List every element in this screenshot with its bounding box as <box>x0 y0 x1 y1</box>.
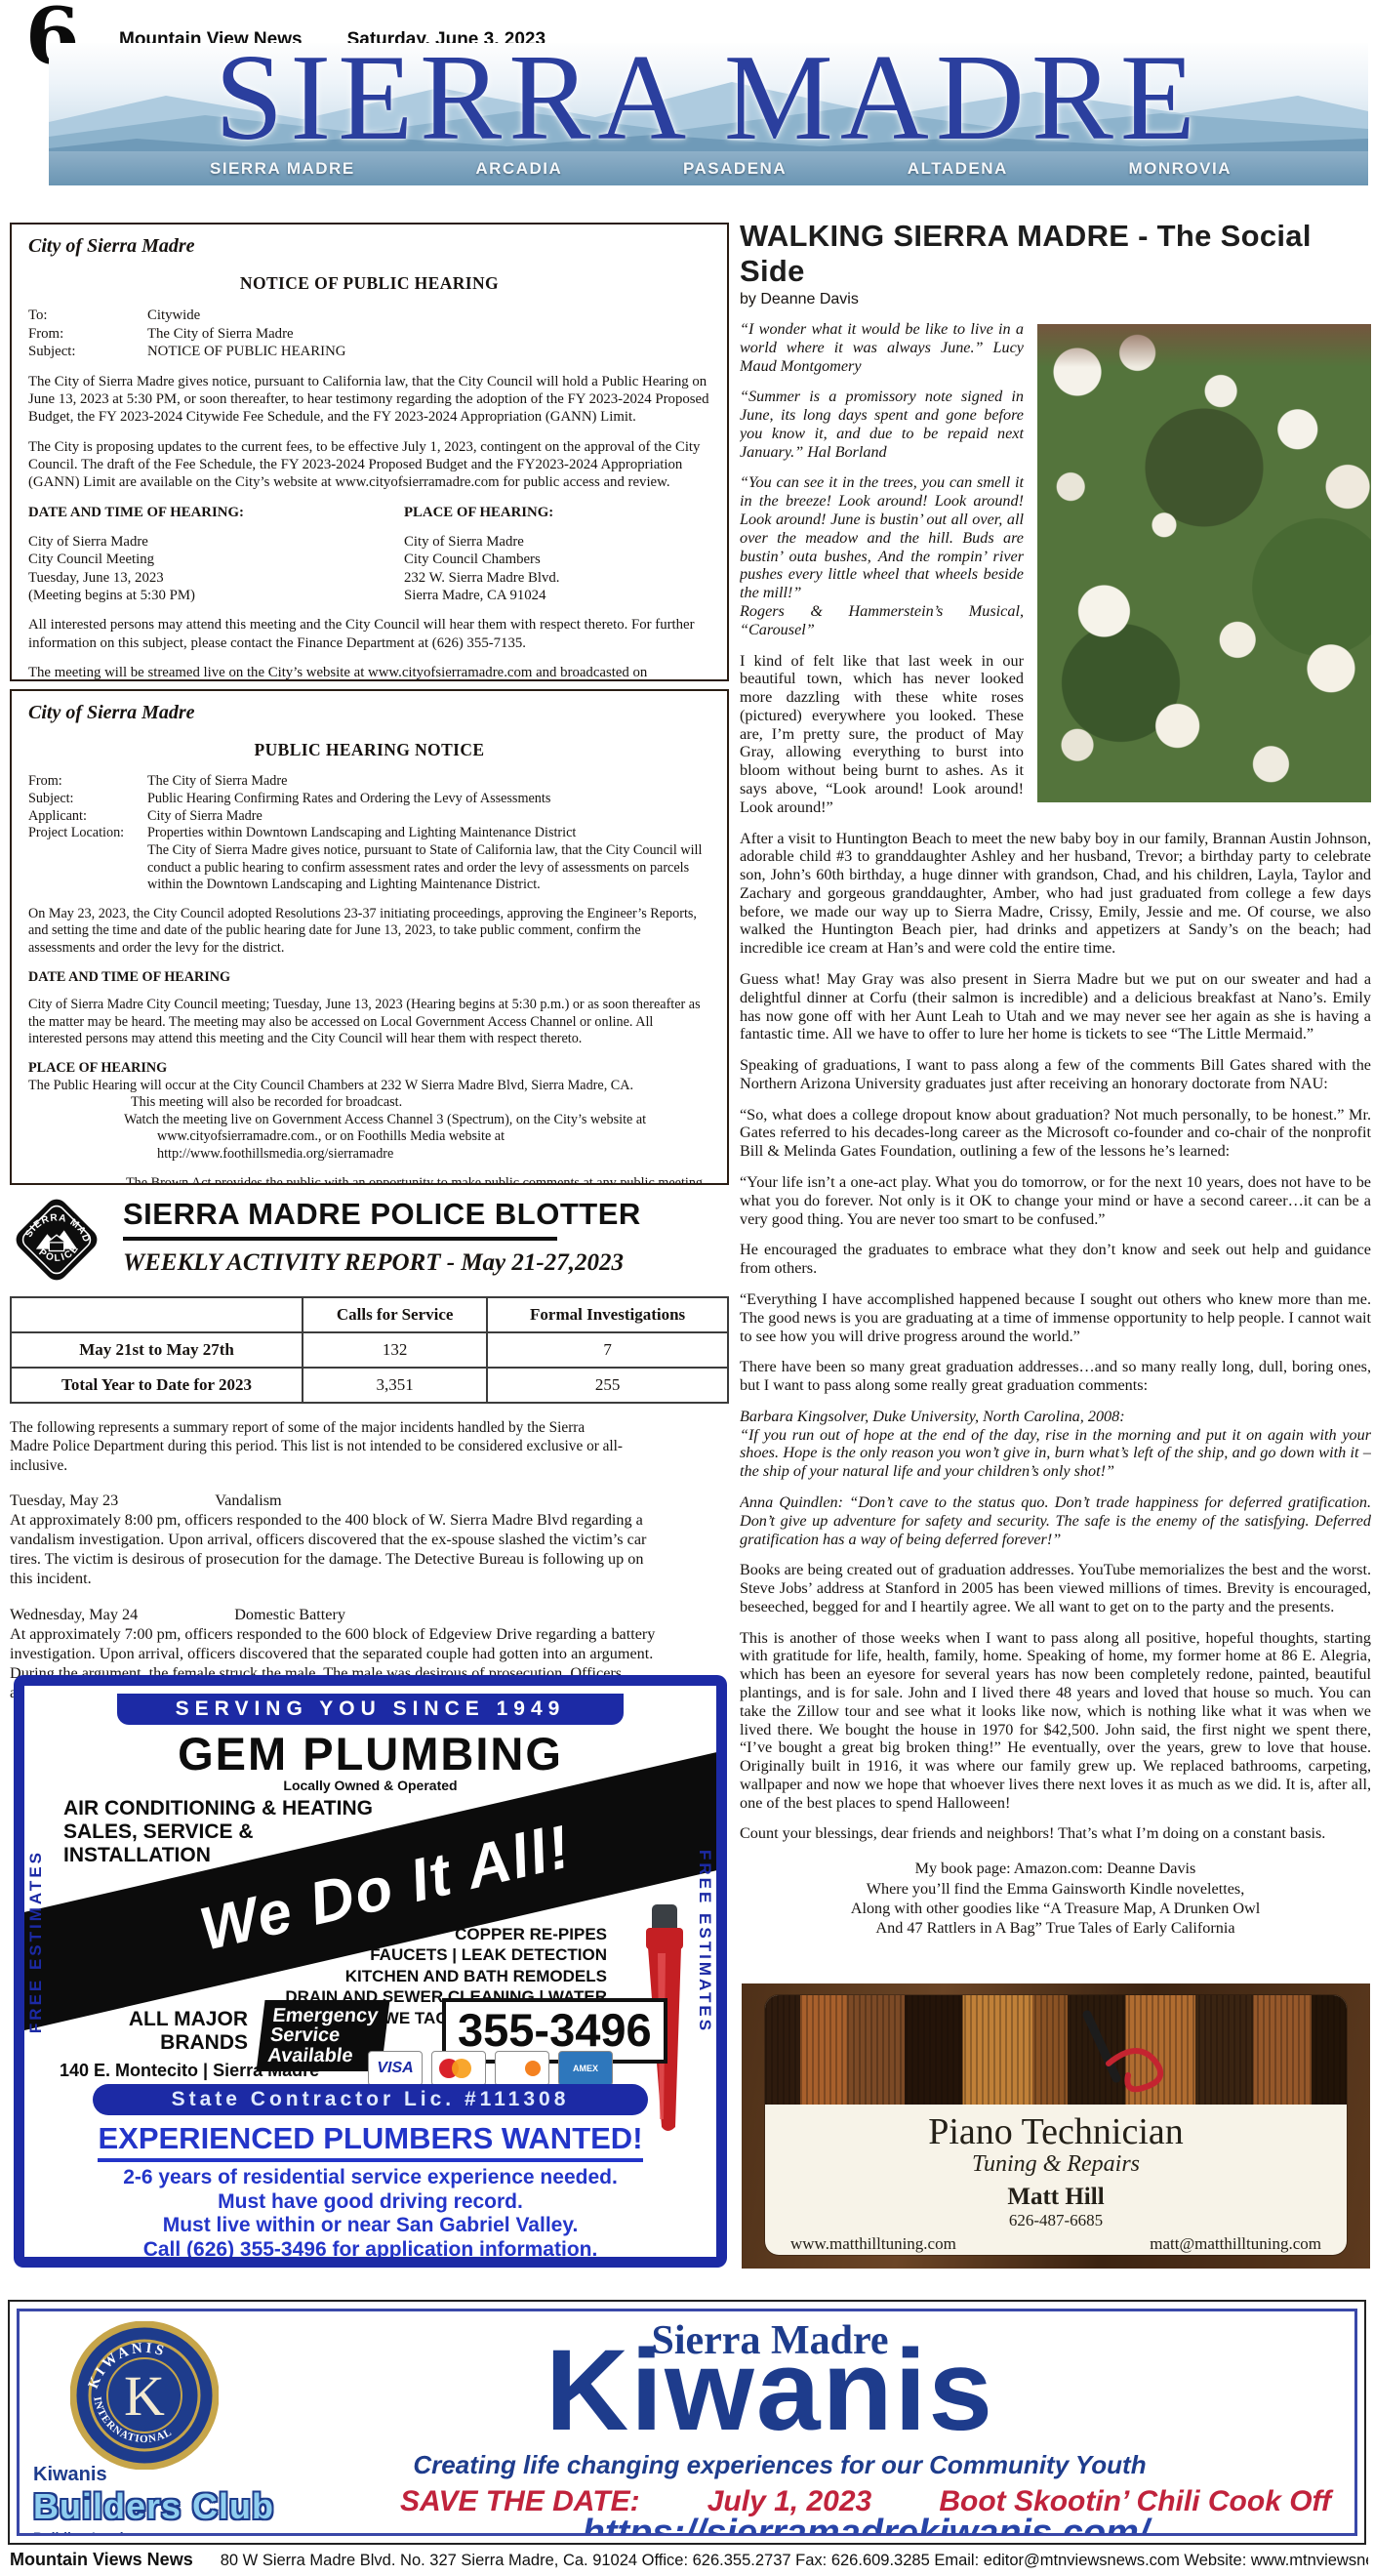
article-byline: by Deanne Davis <box>740 291 1371 308</box>
kiwanis-wordmark: Kiwanis <box>195 2333 1345 2448</box>
masthead: SIERRA MADRE SIERRA MADRE ARCADIA PASADE… <box>49 43 1368 185</box>
contractor-license: State Contractor Lic. #111308 <box>93 2084 648 2115</box>
date-time-header: DATE AND TIME OF HEARING: <box>28 504 404 521</box>
article-paragraph: He encouraged the graduates to embrace w… <box>740 1241 1371 1278</box>
service-line: FAUCETS | LEAK DETECTION <box>285 1944 607 1965</box>
incident-type: Domestic Battery <box>234 1606 345 1623</box>
hearing-line: City of Sierra Madre <box>404 533 710 551</box>
article-paragraph: “Your life isn’t a one-act play. What yo… <box>740 1173 1371 1228</box>
article-paragraph: Books are being created out of graduatio… <box>740 1561 1371 1615</box>
masthead-title: SIERRA MADRE <box>49 43 1368 160</box>
hearing-line: Tuesday, June 13, 2023 <box>28 569 404 587</box>
article-paragraph: “If you run out of hope at the end of th… <box>740 1426 1371 1481</box>
book-page-line: And 47 Rattlers in A Bag” True Tales of … <box>740 1918 1371 1938</box>
footer: Mountain Views News80 W Sierra Madre Blv… <box>10 2550 1368 2570</box>
incident-type: Vandalism <box>215 1492 281 1509</box>
tuning-tools-art <box>765 1995 1347 2105</box>
notice-paragraph: On May 23, 2023, the City Council adopte… <box>28 906 710 958</box>
investigations-value: 255 <box>487 1368 728 1403</box>
city-label: SIERRA MADRE <box>210 159 355 179</box>
white-roses-photo <box>1037 324 1371 802</box>
builders-club-wordmark: Builders Club <box>33 2486 384 2527</box>
public-hearing-notice-2: City of Sierra Madre PUBLIC HEARING NOTI… <box>10 689 729 1185</box>
place-line: The Public Hearing will occur at the Cit… <box>28 1078 710 1095</box>
table-row: May 21st to May 27th 132 7 <box>11 1332 728 1368</box>
visa-icon: VISA <box>368 2051 423 2086</box>
place-header: PLACE OF HEARING <box>28 1060 710 1078</box>
technician-name: Matt Hill <box>765 2184 1347 2211</box>
walking-sierra-madre-article: WALKING SIERRA MADRE - The Social Side b… <box>740 219 1371 1982</box>
location-detail: The City of Sierra Madre gives notice, p… <box>147 842 710 894</box>
table-corner-cell <box>11 1297 303 1332</box>
notice-meta: To: Citywide From: The City of Sierra Ma… <box>28 307 710 360</box>
activity-table: Calls for Service Formal Investigations … <box>10 1296 729 1404</box>
kiwanis-frame: KIWANIS INTERNATIONAL K Sierra Madre Kiw… <box>17 2309 1357 2536</box>
meta-label: Subject: <box>28 791 147 808</box>
calls-value: 3,351 <box>303 1368 487 1403</box>
blotter-intro: The following represents a summary repor… <box>10 1418 626 1475</box>
free-estimates-left: FREE ESTIMATES <box>26 1850 46 2033</box>
date-time-header: DATE AND TIME OF HEARING <box>28 969 710 987</box>
article-paragraph: Guess what! May Gray was also present in… <box>740 970 1371 1043</box>
gem-plumbing-ad: SERVING YOU SINCE 1949 GEM PLUMBING Loca… <box>14 1675 727 2268</box>
notice-org: City of Sierra Madre <box>28 701 710 725</box>
city-band: SIERRA MADRE ARCADIA PASADENA ALTADENA M… <box>49 151 1368 185</box>
gem-address: 140 E. Montecito | Sierra Madre <box>60 2061 319 2081</box>
calls-value: 132 <box>303 1332 487 1368</box>
wanted-line: Call (626) 355-3496 for application info… <box>24 2238 716 2263</box>
police-blotter: SIERRA MADRE POLICE SIERRA MADRE POLICE … <box>10 1193 729 1702</box>
incident-date: Tuesday, May 23 <box>10 1492 118 1509</box>
footer-contact-info: 80 W Sierra Madre Blvd. No. 327 Sierra M… <box>221 2552 1368 2569</box>
hearing-line: Sierra Madre, CA 91024 <box>404 587 710 604</box>
notice-paragraph: All interested persons may attend this m… <box>28 616 710 652</box>
payment-cards: VISA AMEX <box>368 2051 613 2086</box>
row-label: May 21st to May 27th <box>11 1332 303 1368</box>
place-line: Watch the meeting live on Government Acc… <box>28 1112 710 1129</box>
kiwanis-url: https://sierramadrekiwanis.com/ <box>400 2513 1331 2536</box>
meta-label: From: <box>28 773 147 791</box>
emergency-line: Emergency <box>271 2006 379 2025</box>
article-paragraph: This is another of those weeks when I wa… <box>740 1629 1371 1813</box>
hearing-line: City Council Meeting <box>28 551 404 568</box>
meta-value: NOTICE OF PUBLIC HEARING <box>147 343 710 360</box>
column-header: Formal Investigations <box>487 1297 728 1332</box>
article-title: WALKING SIERRA MADRE - The Social Side <box>740 219 1371 289</box>
brands-line: ALL MAJOR <box>67 2008 248 2031</box>
police-badge-icon: SIERRA MADRE POLICE <box>10 1193 103 1287</box>
wanted-line: Must live within or near San Gabriel Val… <box>24 2214 716 2238</box>
meta-value: City of Sierra Madre <box>147 808 710 826</box>
building-leaders-label: Building Leaders <box>33 2529 384 2536</box>
service-line: KITCHEN AND BATH REMODELS <box>285 1966 607 1986</box>
wanted-line: Must have good driving record. <box>24 2190 716 2215</box>
article-paragraph: Count your blessings, dear friends and n… <box>740 1824 1371 1843</box>
free-estimates-right: FREE ESTIMATES <box>695 1850 714 2033</box>
hearing-info: DATE AND TIME OF HEARING: City of Sierra… <box>28 504 710 605</box>
notice-title: PUBLIC HEARING NOTICE <box>28 740 710 761</box>
article-paragraph: “Everything I have accomplished happened… <box>740 1290 1371 1345</box>
title-rule <box>123 1237 557 1241</box>
footer-paper-name: Mountain Views News <box>10 2550 193 2569</box>
meta-value: Public Hearing Confirming Rates and Orde… <box>147 791 710 808</box>
emergency-line: Service <box>269 2025 377 2045</box>
meta-label: Subject: <box>28 343 147 360</box>
place-header: PLACE OF HEARING: <box>404 504 710 521</box>
meta-value: Citywide <box>147 307 710 324</box>
meta-value: Properties within Downtown Landscaping a… <box>147 825 710 893</box>
business-card: Piano Technician Tuning & Repairs Matt H… <box>765 1995 1347 2255</box>
article-paragraph: Speaking of graduations, I want to pass … <box>740 1056 1371 1093</box>
notice-title: NOTICE OF PUBLIC HEARING <box>28 273 710 295</box>
meta-value: The City of Sierra Madre <box>147 325 710 343</box>
location-value: Properties within Downtown Landscaping a… <box>147 825 576 840</box>
hearing-line: (Meeting begins at 5:30 PM) <box>28 587 404 604</box>
article-paragraph: Barbara Kingsolver, Duke University, Nor… <box>740 1408 1371 1426</box>
article-paragraph: Anna Quindlen: “Don’t cave to the status… <box>740 1493 1371 1548</box>
hearing-line: City Council Chambers <box>404 551 710 568</box>
notice-paragraph: The City is proposing updates to the cur… <box>28 438 710 492</box>
meta-label: Project Location: <box>28 825 147 893</box>
blotter-title: SIERRA MADRE POLICE BLOTTER <box>123 1197 641 1232</box>
builders-kiwanis-label: Kiwanis <box>33 2464 384 2486</box>
amex-icon: AMEX <box>558 2051 613 2086</box>
city-label: ARCADIA <box>475 159 562 179</box>
city-label: MONROVIA <box>1128 159 1232 179</box>
article-paragraph: There have been so many great graduation… <box>740 1358 1371 1395</box>
book-page-line: My book page: Amazon.com: Deanne Davis <box>740 1859 1371 1878</box>
discover-icon <box>495 2051 549 2086</box>
book-page-line: Where you’ll find the Emma Gainsworth Ki… <box>740 1879 1371 1899</box>
hearing-line: City of Sierra Madre <box>28 533 404 551</box>
plumbers-wanted-heading: EXPERIENCED PLUMBERS WANTED! <box>24 2121 716 2162</box>
article-paragraph: “So, what does a college dropout know ab… <box>740 1106 1371 1161</box>
technician-website: www.matthilltuning.com <box>790 2234 956 2254</box>
piano-strings-photo <box>765 1995 1347 2105</box>
piano-technician-ad: Piano Technician Tuning & Repairs Matt H… <box>742 1983 1370 2269</box>
service-line: COPPER RE-PIPES <box>285 1924 607 1944</box>
place-line: www.cityofsierramadre.com., or on Foothi… <box>28 1128 710 1163</box>
place-line: This meeting will also be recorded for b… <box>28 1094 710 1112</box>
technician-email: matt@matthilltuning.com <box>1150 2234 1321 2254</box>
aircond-line: AIR CONDITIONING & HEATING <box>63 1797 373 1820</box>
mastercard-icon <box>431 2051 486 2086</box>
meta-value: The City of Sierra Madre <box>147 773 710 791</box>
meta-label: To: <box>28 307 147 324</box>
public-hearing-notice-1: City of Sierra Madre NOTICE OF PUBLIC HE… <box>10 223 729 681</box>
blotter-subtitle: WEEKLY ACTIVITY REPORT - May 21-27,2023 <box>123 1249 641 1277</box>
city-label: PASADENA <box>683 159 787 179</box>
aircond-line: SALES, SERVICE & <box>63 1820 373 1844</box>
meta-label: Applicant: <box>28 808 147 826</box>
table-row: Total Year to Date for 2023 3,351 255 <box>11 1368 728 1403</box>
notice-paragraph: The Brown Act provides the public with a… <box>28 1175 710 1185</box>
notice-org: City of Sierra Madre <box>28 234 710 259</box>
investigations-value: 7 <box>487 1332 728 1368</box>
incident-report: Tuesday, May 23 Vandalism At approximate… <box>10 1492 656 1589</box>
notice-meta: From: The City of Sierra Madre Subject: … <box>28 773 710 893</box>
technician-phone: 626-487-6685 <box>765 2211 1347 2230</box>
piano-ad-subtitle: Tuning & Repairs <box>765 2151 1347 2178</box>
incident-body: At approximately 8:00 pm, officers respo… <box>10 1511 656 1589</box>
notice-paragraph: The meeting will be streamed live on the… <box>28 664 710 681</box>
row-label: Total Year to Date for 2023 <box>11 1368 303 1403</box>
brands-line: BRANDS <box>67 2031 248 2055</box>
hearing-line: 232 W. Sierra Madre Blvd. <box>404 569 710 587</box>
serving-banner: SERVING YOU SINCE 1949 <box>117 1694 624 1725</box>
notice-paragraph: The City of Sierra Madre gives notice, p… <box>28 373 710 427</box>
column-header: Calls for Service <box>303 1297 487 1332</box>
book-page-line: Along with other goodies like “A Treasur… <box>740 1899 1371 1918</box>
city-label: ALTADENA <box>908 159 1008 179</box>
article-paragraph: After a visit to Huntington Beach to mee… <box>740 830 1371 958</box>
plumbers-wanted-details: 2-6 years of residential service experie… <box>24 2166 716 2262</box>
notice-paragraph: City of Sierra Madre City Council meetin… <box>28 997 710 1048</box>
piano-ad-title: Piano Technician <box>765 2110 1347 2153</box>
seal-k-letter: K <box>124 2364 165 2428</box>
gem-title: GEM PLUMBING <box>24 1727 716 1780</box>
wanted-line: 2-6 years of residential service experie… <box>24 2166 716 2190</box>
all-major-brands: ALL MAJOR BRANDS <box>67 2008 248 2054</box>
builders-club-logo: Kiwanis Builders Club Building Leaders <box>33 2464 384 2536</box>
kiwanis-ad: KIWANIS INTERNATIONAL K Sierra Madre Kiw… <box>8 2300 1366 2545</box>
incident-date: Wednesday, May 24 <box>10 1606 138 1623</box>
meta-label: From: <box>28 325 147 343</box>
